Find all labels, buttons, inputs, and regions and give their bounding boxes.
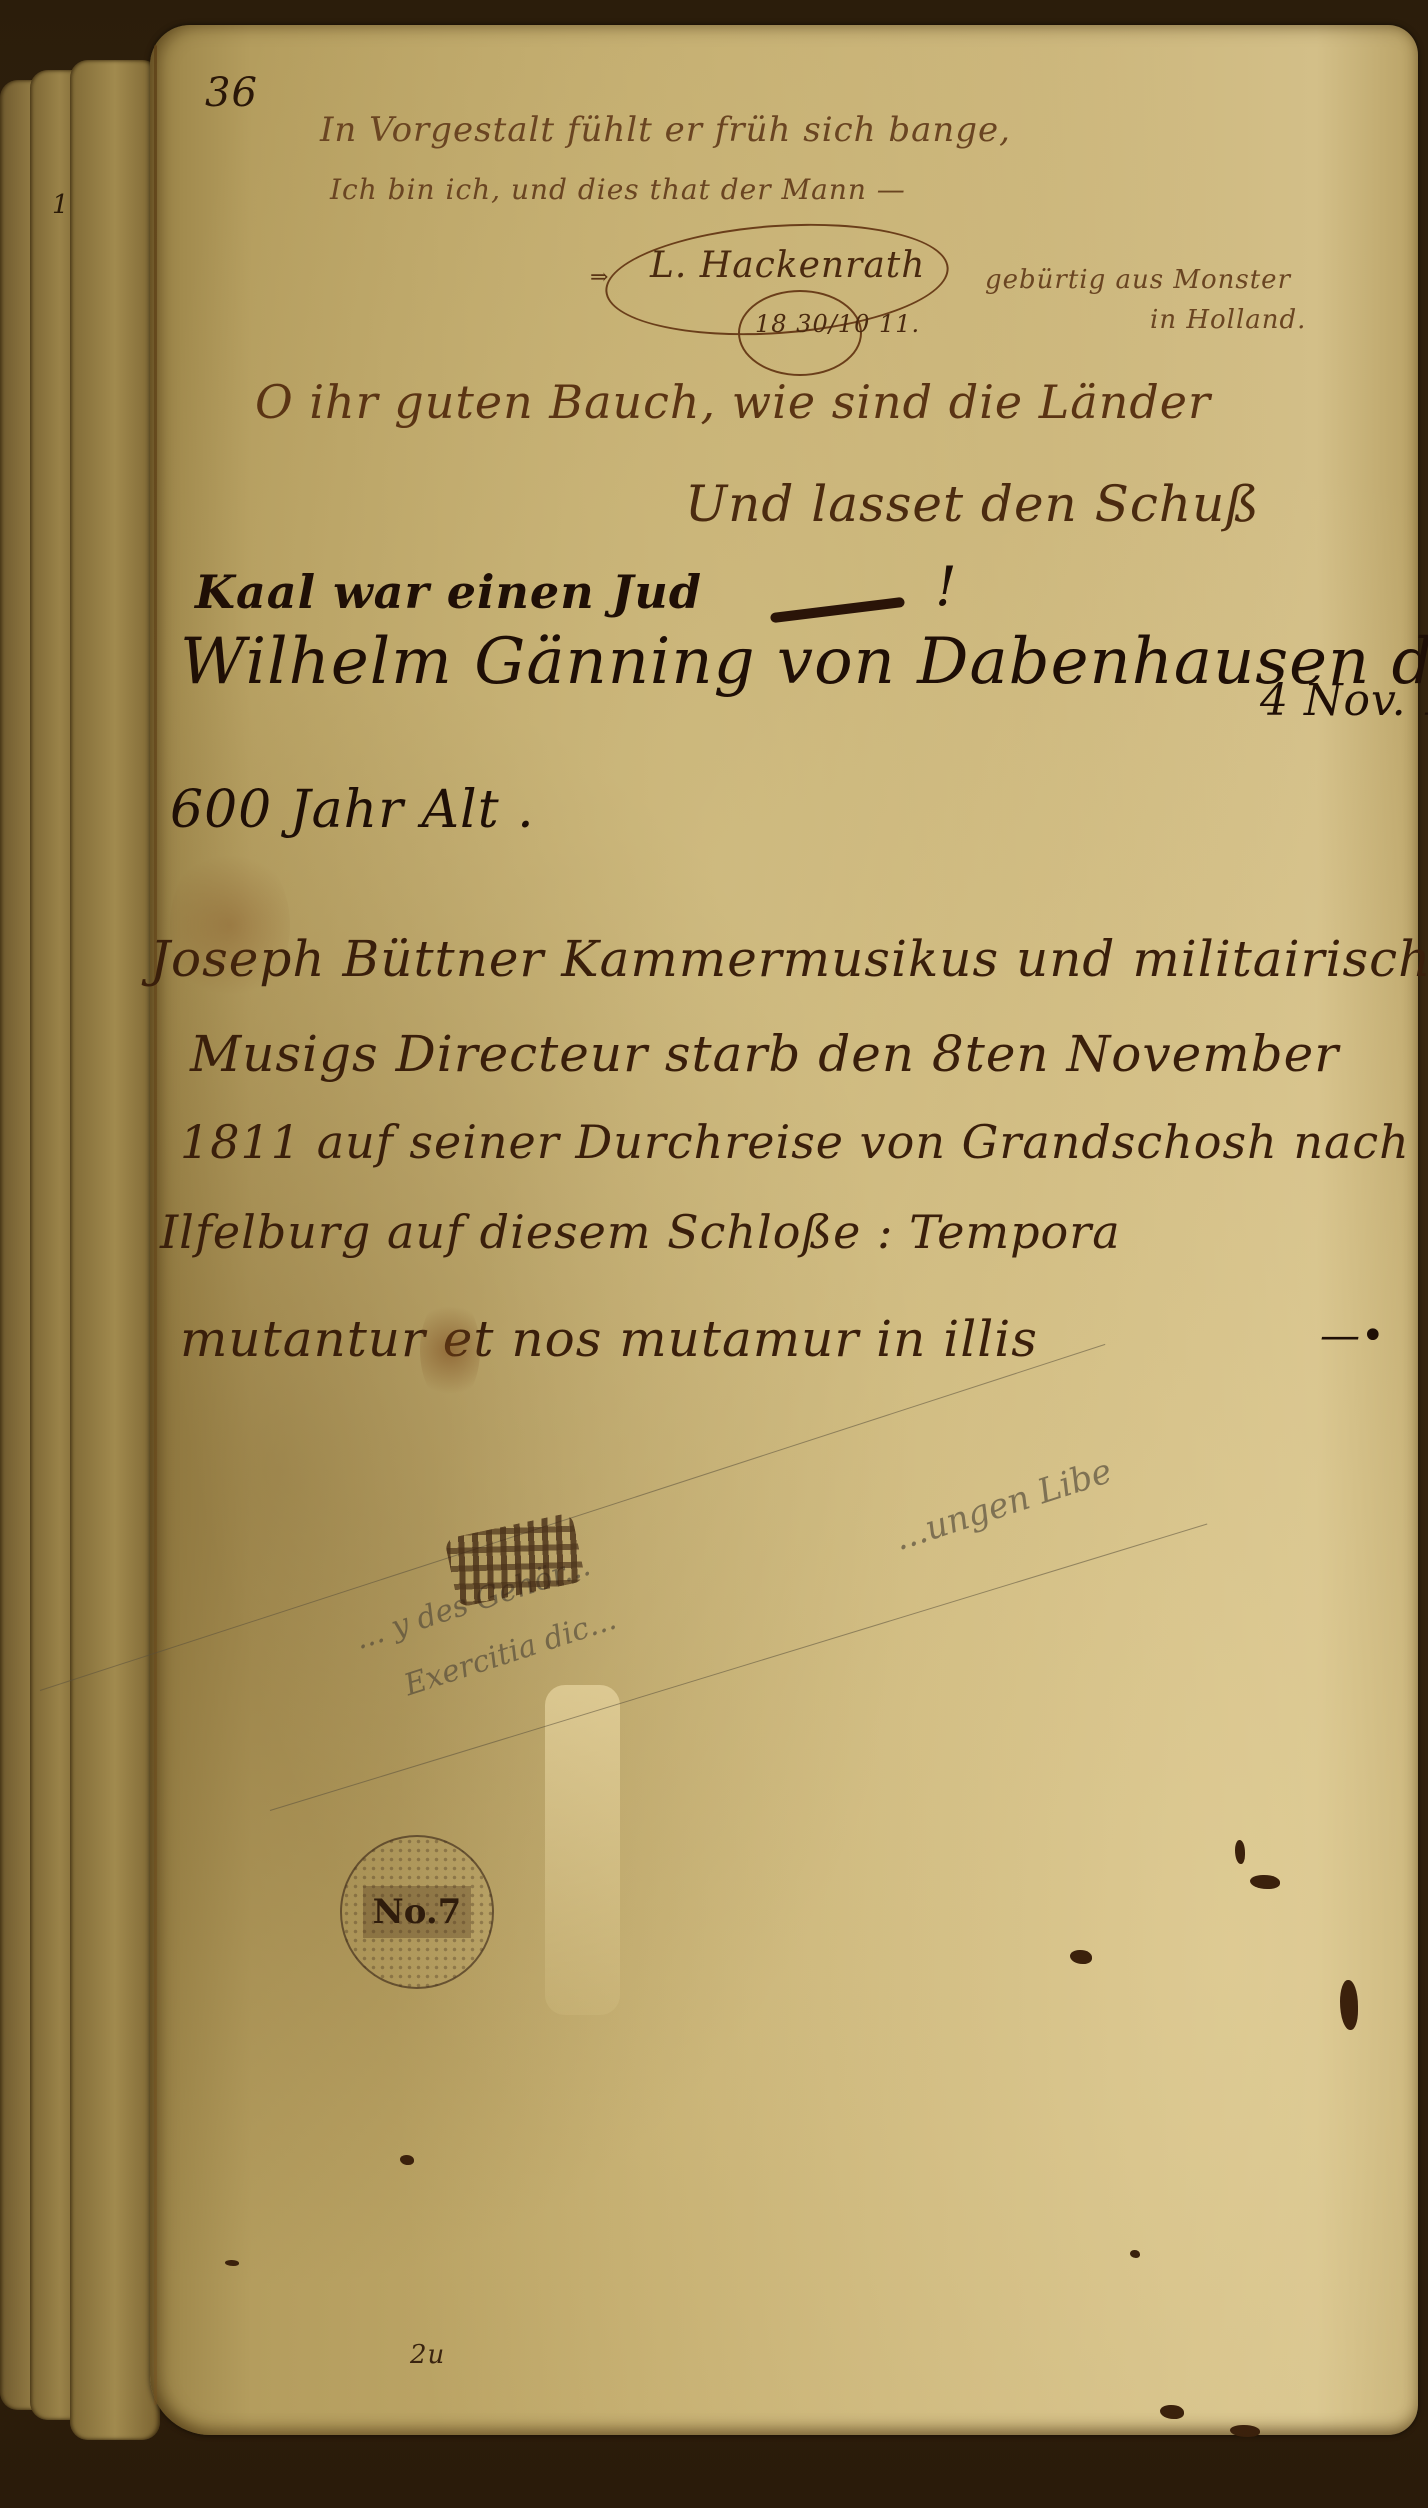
bottom-mark: 2u (410, 2340, 445, 2370)
ink-blot-icon (444, 1512, 586, 1607)
entry1-line2: Ich bin ich, und dies that der Mann — (330, 173, 906, 206)
entry1-date: 18 30/10 11. (755, 310, 920, 338)
edge-mark: 1 (52, 190, 69, 220)
library-stamp: No.7 (340, 1835, 494, 1989)
ink-speck (400, 2155, 414, 2165)
scanned-book-scene: 1 36 In Vorgestalt fühlt er früh sich ba… (0, 0, 1428, 2508)
ink-speck (1230, 2425, 1260, 2437)
ink-stain (420, 1295, 480, 1405)
ink-speck (1130, 2250, 1140, 2258)
entry3-line2: Musigs Directeur starb den 8ten November (190, 1025, 1339, 1083)
entry2-date: 4 Nov. 181 (1260, 675, 1428, 726)
signature-arrow-icon: ⇒ (590, 265, 609, 290)
entry3-line5: mutantur et nos mutamur in illis (180, 1310, 1038, 1368)
stamp-label: No.7 (363, 1886, 472, 1938)
entry2-verse-line1: O ihr guten Bauch, wie sind die Länder (255, 375, 1211, 429)
entry1-origin-line2: in Holland. (1150, 305, 1306, 335)
exclamation-mark: ! (935, 555, 958, 618)
entry2-verse-line3: Kaal war einen Jud (195, 565, 702, 619)
entry3-line1: Joseph Büttner Kammermusikus und militai… (150, 930, 1428, 988)
ink-speck (225, 2260, 239, 2266)
entry3-line4: Ilfelburg auf diesem Schloße : Tempora (160, 1205, 1121, 1259)
pale-stain (545, 1685, 620, 2015)
entry3-end-mark: —• (1320, 1313, 1386, 1359)
entry2-verse-line2: Und lasset den Schuß (685, 475, 1260, 533)
water-stain (170, 845, 290, 1005)
ink-dash (770, 597, 905, 623)
entry1-signature: L. Hackenrath (650, 245, 925, 286)
entry1-line1: In Vorgestalt fühlt er früh sich bange, (320, 110, 1011, 150)
page-number: 36 (205, 70, 258, 116)
entry1-origin-line1: gebürtig aus Monster (985, 265, 1291, 295)
entry2-age-line: 600 Jahr Alt . (170, 780, 535, 840)
pencil-note-3: ...ungen Libe (889, 1451, 1116, 1559)
entry3-line3: 1811 auf seiner Durchreise von Grandscho… (180, 1115, 1410, 1169)
manuscript-page: 36 In Vorgestalt fühlt er früh sich bang… (150, 25, 1418, 2435)
ink-speck (1235, 1840, 1245, 1864)
ink-speck (1250, 1875, 1280, 1889)
gutter-line (154, 45, 157, 2405)
ink-speck (1340, 1980, 1358, 2030)
ink-speck (1160, 2405, 1184, 2419)
entry2-signature: Wilhelm Gänning von Dabenhausen d (180, 625, 1428, 699)
page-edge (70, 60, 160, 2440)
ink-speck (1070, 1950, 1092, 1964)
